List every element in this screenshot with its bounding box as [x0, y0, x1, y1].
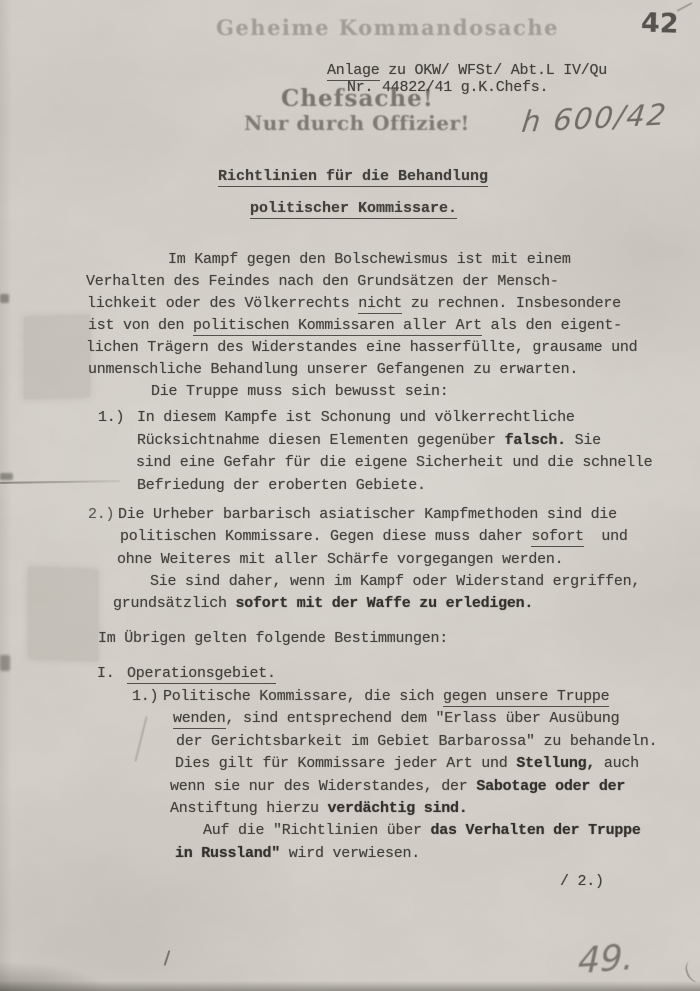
section-heading: Operationsgebiet.: [127, 663, 276, 685]
bottom-edge-shadow: [0, 981, 700, 991]
section-number: I.: [97, 663, 115, 685]
edge-speck: [0, 473, 13, 480]
body-line: wenden, sind entsprechend dem "Erlass üb…: [173, 708, 619, 730]
corner-pencil-curl: [682, 958, 700, 984]
body-line: unmenschliche Behandlung unserer Gefange…: [88, 359, 578, 381]
body-line: der Gerichtsbarkeit im Gebiet Barbarossa…: [176, 731, 657, 753]
body-line: Rücksichtnahme diesen Elementen gegenübe…: [137, 430, 601, 452]
body-line: Anstiftung hierzu verdächtig sind.: [170, 798, 468, 820]
stray-pencil-slash: [164, 950, 171, 966]
scanned-document-page: Geheime Kommandosache Chefsache! Nur dur…: [0, 0, 700, 991]
edge-speck: [0, 655, 10, 671]
tape-mark-lower: [28, 567, 98, 661]
body-line: wenn sie nur des Widerstandes, der Sabot…: [170, 776, 625, 798]
officer-only-stamp: Nur durch Offizier!: [244, 111, 470, 135]
body-line: in Russland" wird verwiesen.: [175, 843, 420, 865]
body-line: Dies gilt für Kommissare jeder Art und S…: [175, 753, 639, 775]
attachment-reference-line-2: Nr. 44822/41 g.K.Chefs.: [347, 77, 548, 99]
body-line: Die Truppe muss sich bewusst sein:: [151, 381, 449, 403]
sheet-number-bottom-pencil: 49.: [577, 938, 634, 982]
list-item-number: 2.): [88, 504, 114, 526]
document-title-line-2: politischer Kommissare.: [250, 198, 457, 220]
body-line: In diesem Kampfe ist Schonung und völker…: [137, 407, 575, 429]
body-line: politischen Kommissare. Gegen diese muss…: [120, 526, 628, 548]
body-line: Sie sind daher, wenn im Kampf oder Wider…: [150, 571, 640, 593]
paper-crease: [134, 716, 147, 761]
body-line: Im Übrigen gelten folgende Bestimmungen:: [98, 628, 448, 650]
body-line: ohne Weiteres mit aller Schärfe vorgegan…: [117, 549, 563, 571]
body-line: lichkeit oder des Völkerrechts nicht zu …: [87, 293, 621, 315]
body-line: grundsätzlich sofort mit der Waffe zu er…: [113, 593, 533, 615]
bottom-corner-shade: [0, 961, 110, 991]
continuation-mark: / 2.): [560, 871, 604, 893]
tear-line: [0, 480, 120, 484]
tape-mark-upper: [24, 315, 90, 399]
secret-classification-stamp: Geheime Kommandosache: [216, 15, 559, 40]
body-line: Befriedung der eroberten Gebiete.: [137, 475, 426, 497]
list-item-number: 1.): [98, 407, 124, 429]
left-edge-shadow: [0, 0, 12, 991]
body-line: lichen Trägern des Widerstandes eine has…: [86, 337, 637, 359]
document-title-line-1: Richtlinien für die Behandlung: [218, 166, 488, 188]
list-item-number: 1.): [132, 686, 158, 708]
body-line: Im Kampf gegen den Bolschewismus ist mit…: [168, 249, 571, 271]
body-line: Die Urheber barbarisch asiatischer Kampf…: [118, 504, 617, 526]
sheet-number-top-pencil: 42: [641, 8, 679, 40]
edge-speck: [0, 294, 9, 303]
body-line: Verhalten des Feindes nach den Grundsätz…: [86, 271, 559, 293]
body-line: ist von den politischen Kommissaren alle…: [88, 315, 622, 337]
body-line: sind eine Gefahr für die eigene Sicherhe…: [136, 452, 652, 474]
body-line: Auf die "Richtlinien über das Verhalten …: [203, 820, 641, 842]
registry-number-pencil: h 600/42: [520, 97, 670, 139]
body-line: Politische Kommissare, die sich gegen un…: [163, 686, 609, 708]
